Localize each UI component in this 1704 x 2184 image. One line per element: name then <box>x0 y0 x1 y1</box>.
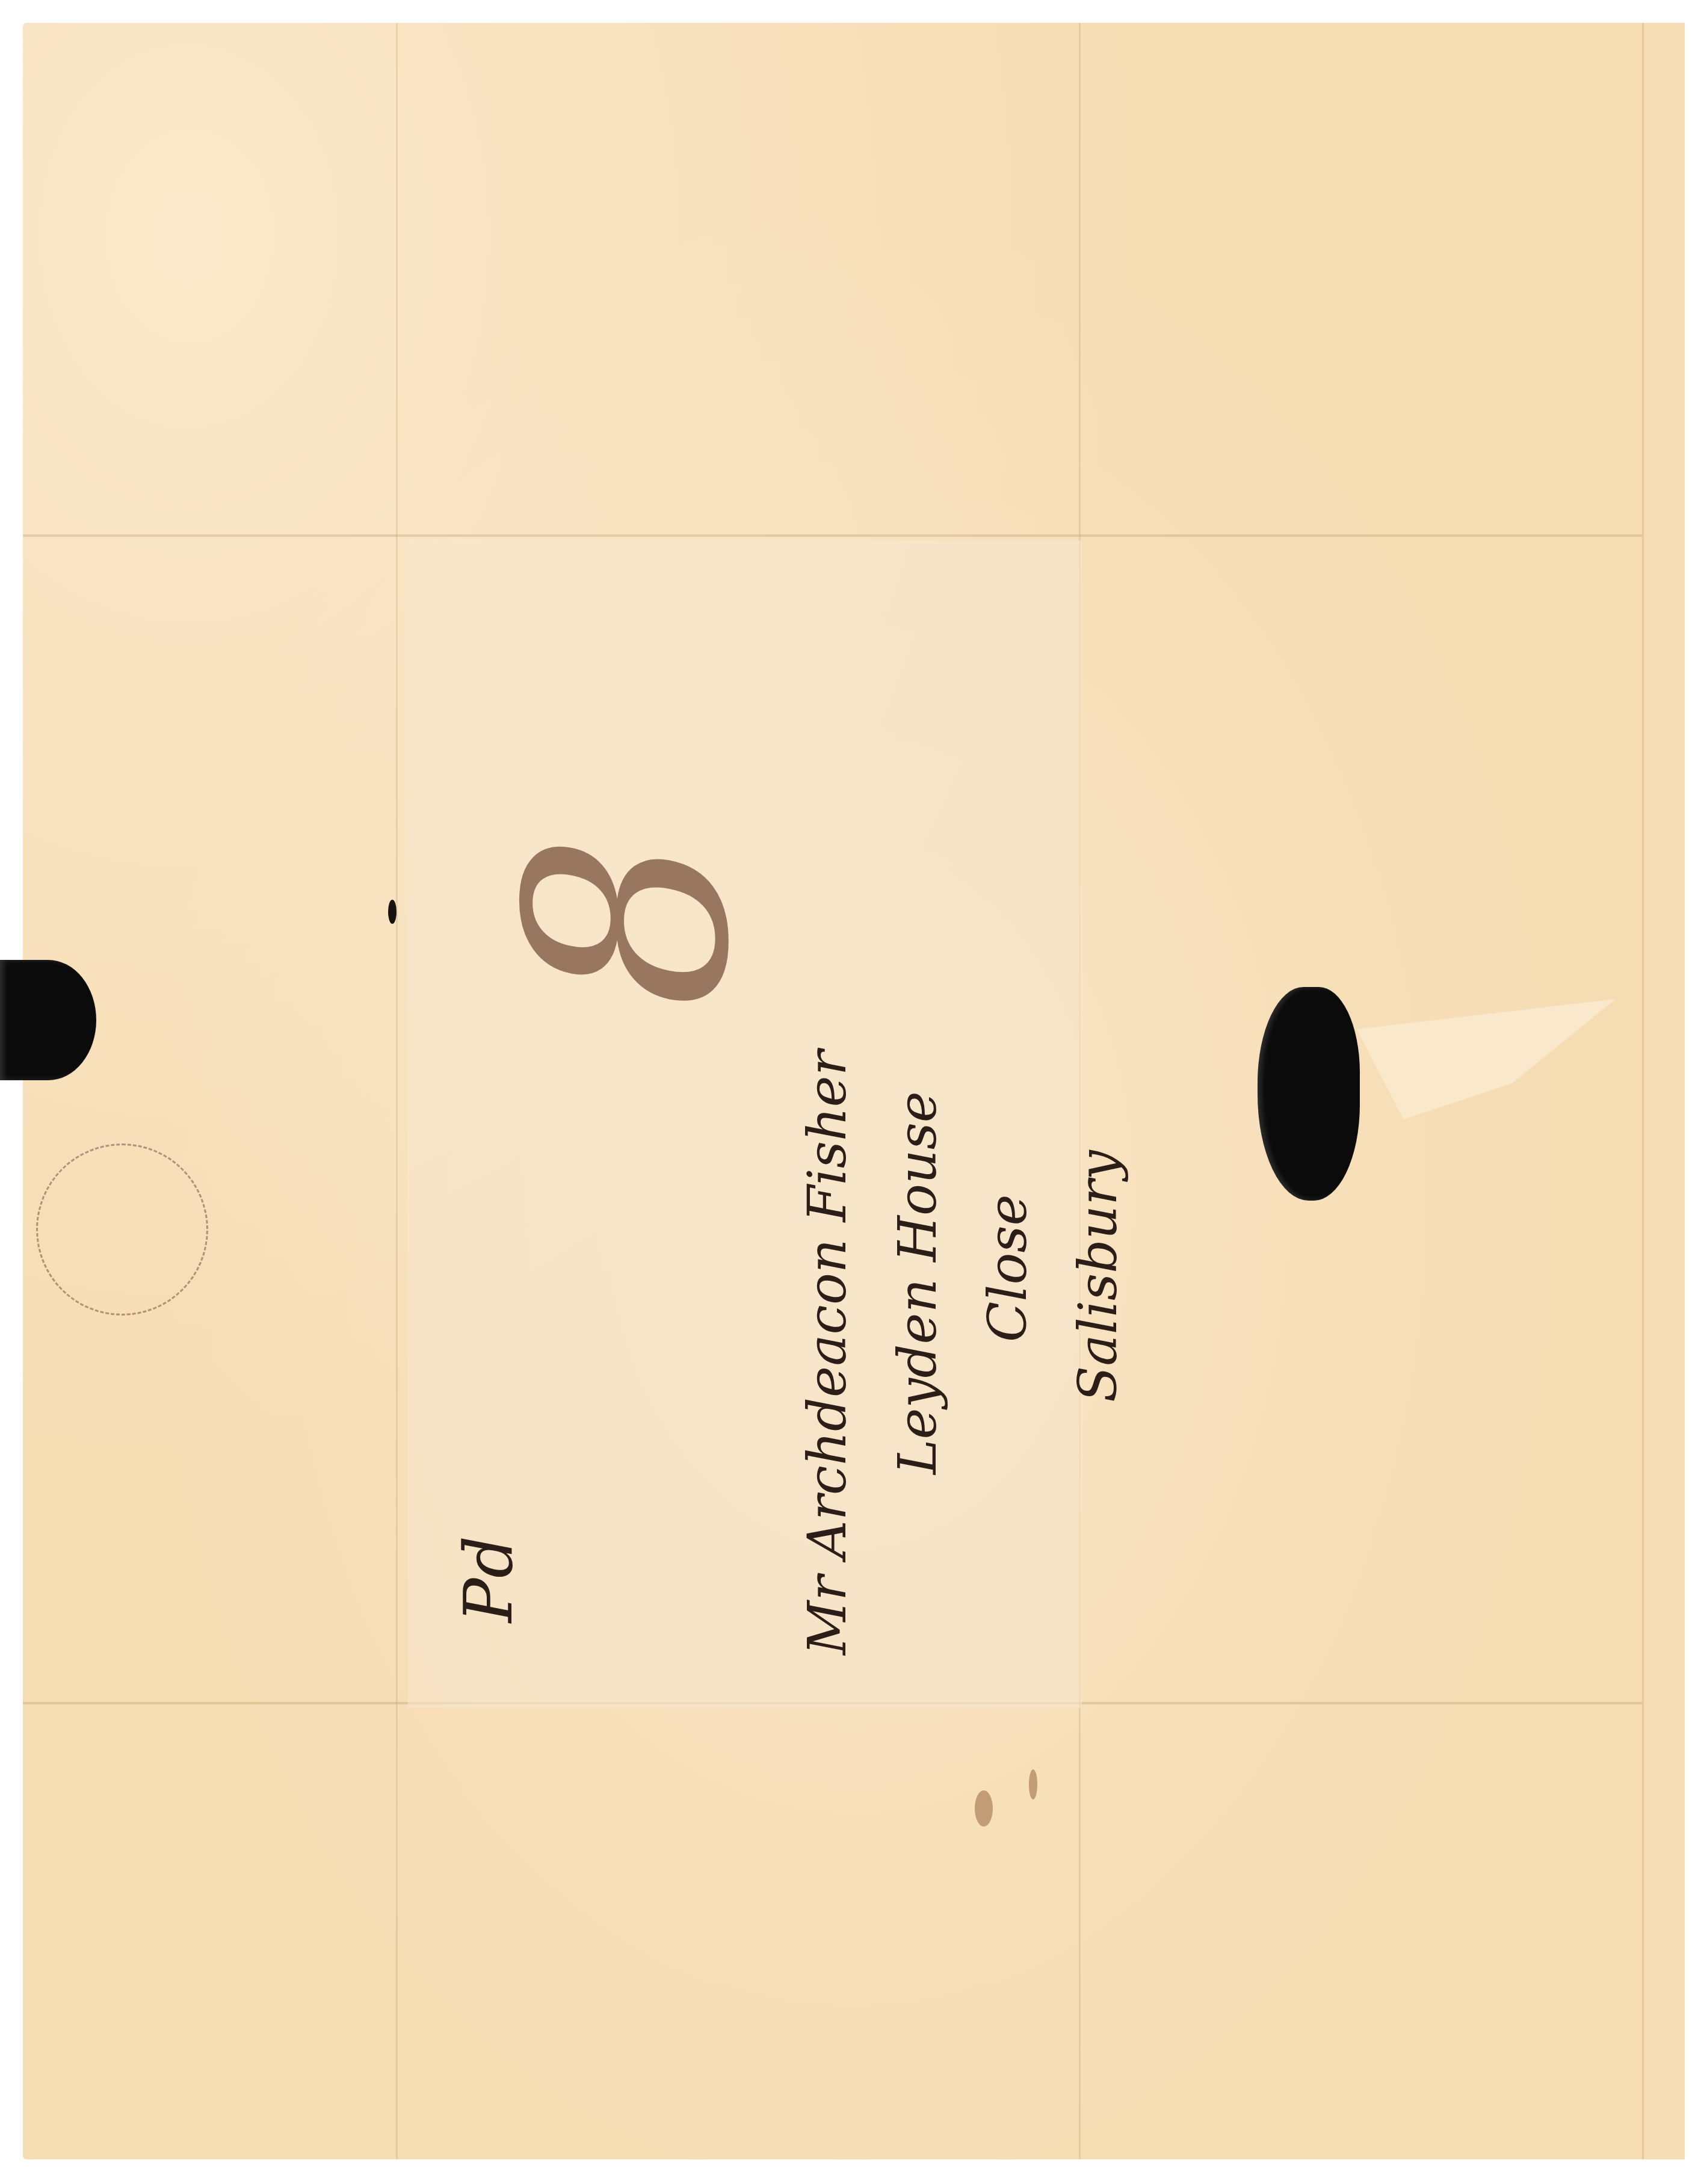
ink-stain <box>975 1790 993 1827</box>
address-line-1: Mr Archdeacon Fisher <box>782 812 872 1655</box>
address-line-4: Salisbury <box>1053 812 1143 1655</box>
wax-seal-left <box>0 960 96 1080</box>
wax-seal-right <box>1258 987 1360 1201</box>
address-line-3: Close <box>963 812 1053 1655</box>
address-line-2: Leyden House <box>872 812 963 1655</box>
address-block: Mr Archdeacon Fisher Leyden House Close … <box>782 812 1143 1655</box>
ink-stain <box>1029 1769 1037 1799</box>
postal-charge-mark: 8 <box>491 833 768 1009</box>
postmark <box>36 1143 208 1316</box>
fold-line <box>23 534 1685 537</box>
paper-edge <box>1642 23 1685 2159</box>
fold-line <box>396 23 398 2159</box>
prepaid-mark: Pd <box>450 1536 527 1623</box>
ink-dot <box>388 900 397 924</box>
